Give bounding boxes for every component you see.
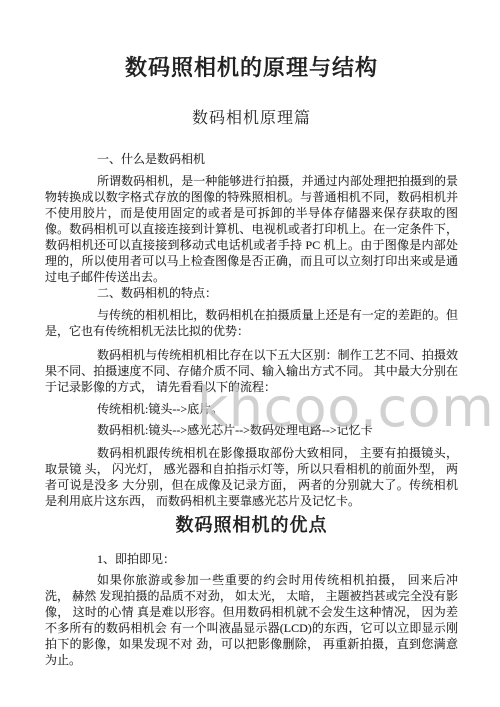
document-page: khcoo.com 数码照相机的原理与结构 数码相机原理篇 一、什么是数码相机 … <box>0 0 500 707</box>
paragraph-instant-view: 如果你旅游或参加一些重要的约会时用传统相机拍摄， 回来后冲洗， 赫然 发现拍摄的… <box>45 572 458 668</box>
document-content: 数码照相机的原理与结构 数码相机原理篇 一、什么是数码相机 所谓数码相机，是一种… <box>0 53 500 668</box>
paragraph-structure-comparison: 数码相机跟传统相机在影像摄取部份大致相同， 主要有拍摄镜头，取景镜 头， 闪光灯… <box>45 445 458 509</box>
document-subtitle: 数码相机原理篇 <box>45 108 458 130</box>
paragraph-features-intro: 与传统的相机相比，数码相机在拍摄质量上还是有一定的差距的。但是，它也有传统相机无… <box>45 307 458 339</box>
section-heading-what-is: 一、什么是数码相机 <box>45 151 458 167</box>
paragraph-five-differences: 数码相机与传统相机相比存在以下五大区别：制作工艺不同、拍摄效果不同、拍摄速度不同… <box>45 347 458 395</box>
paragraph-what-is: 所谓数码相机，是一种能够进行拍摄，并通过内部处理把拍摄到的景物转换成以数字格式存… <box>45 173 458 285</box>
item-heading-instant-view: 1、即拍即见： <box>45 551 458 567</box>
flow-digital-camera: 数码相机:镜头-->感光芯片-->数码处理电路-->记忆卡 <box>45 422 458 438</box>
section-title-advantages: 数码照相机的优点 <box>45 513 458 537</box>
section-heading-features: 二、数码相机的特点： <box>45 285 458 301</box>
document-title: 数码照相机的原理与结构 <box>45 53 458 83</box>
flow-traditional-camera: 传统相机:镜头-->底片。 <box>45 401 458 417</box>
